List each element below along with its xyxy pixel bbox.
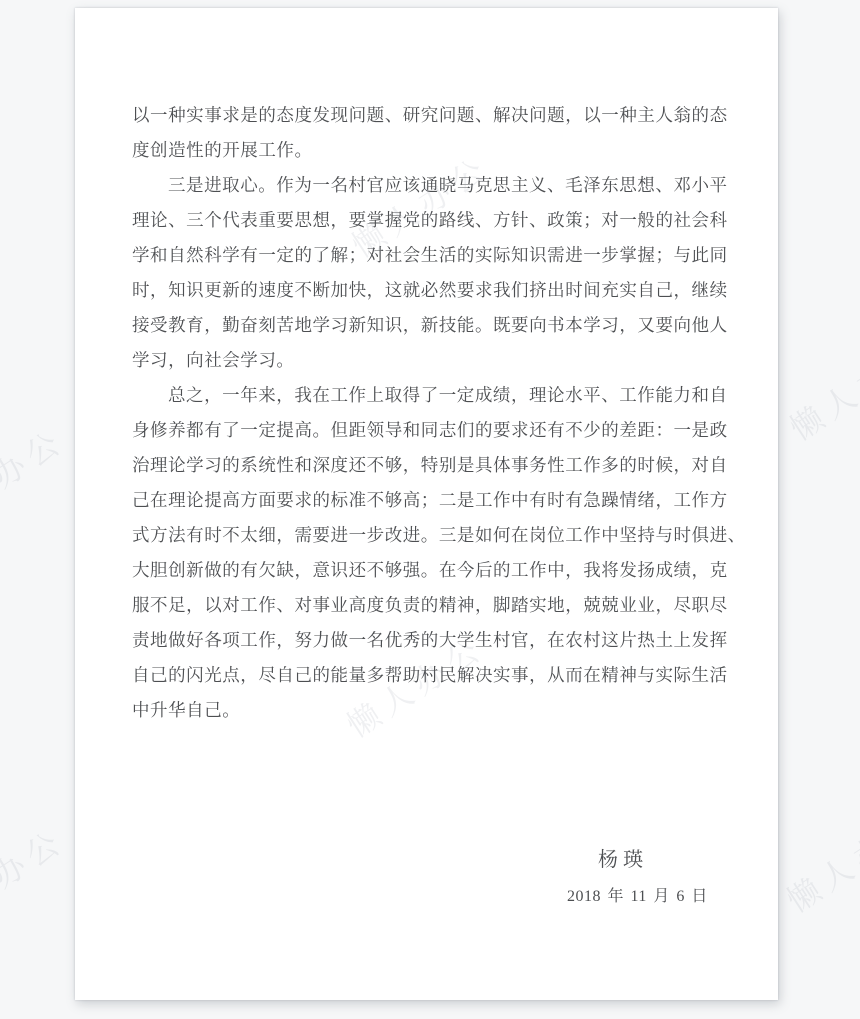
text-line: 大胆创新做的有欠缺，意识还不够强。在今后的工作中，我将发扬成绩，克 xyxy=(132,553,742,588)
paragraph: 三是进取心。作为一名村官应该通晓马克思主义、毛泽东思想、邓小平 理论、三个代表重… xyxy=(132,168,742,378)
text-line: 身修养都有了一定提高。但距领导和同志们的要求还有不少的差距：一是政 xyxy=(132,413,742,448)
site-watermark: 懒人办公 xyxy=(780,326,860,450)
text-line: 时，知识更新的速度不断加快，这就必然要求我们挤出时间充实自己，继续 xyxy=(132,273,742,308)
paragraph: 总之，一年来，我在工作上取得了一定成绩，理论水平、工作能力和自 身修养都有了一定… xyxy=(132,378,742,728)
text-line: 学习，向社会学习。 xyxy=(132,343,742,378)
paragraph: 以一种实事求是的态度发现问题、研究问题、解决问题，以一种主人翁的态 度创造性的开… xyxy=(132,98,742,168)
text-line: 总之，一年来，我在工作上取得了一定成绩，理论水平、工作能力和自 xyxy=(132,378,742,413)
text-line: 学和自然科学有一定的了解；对社会生活的实际知识需进一步掌握；与此同 xyxy=(132,238,742,273)
document-page: 以一种实事求是的态度发现问题、研究问题、解决问题，以一种主人翁的态 度创造性的开… xyxy=(75,8,778,1000)
signature-name: 杨瑛 xyxy=(598,843,648,872)
signature-date: 2018 年 11 月 6 日 xyxy=(567,883,708,906)
text-line: 服不足，以对工作、对事业高度负责的精神，脚踏实地，兢兢业业，尽职尽 xyxy=(132,588,742,623)
text-line: 中升华自己。 xyxy=(132,693,742,728)
text-line: 理论、三个代表重要思想，要掌握党的路线、方针、政策；对一般的社会科 xyxy=(132,203,742,238)
text-line: 己在理论提高方面要求的标准不够高；二是工作中有时有急躁情绪，工作方 xyxy=(132,483,742,518)
text-line: 责地做好各项工作，努力做一名优秀的大学生村官，在农村这片热土上发挥 xyxy=(132,623,742,658)
text-line: 接受教育，勤奋刻苦地学习新知识，新技能。既要向书本学习，又要向他人 xyxy=(132,308,742,343)
text-line: 三是进取心。作为一名村官应该通晓马克思主义、毛泽东思想、邓小平 xyxy=(132,168,742,203)
site-watermark: 懒人办公 xyxy=(777,798,860,922)
text-line: 治理论学习的系统性和深度还不够，特别是具体事务性工作多的时候，对自 xyxy=(132,448,742,483)
text-line: 自己的闪光点，尽自己的能量多帮助村民解决实事，从而在精神与实际生活 xyxy=(132,658,742,693)
text-line: 度创造性的开展工作。 xyxy=(132,133,742,168)
site-watermark: 懒人办公 xyxy=(0,816,73,940)
document-body: 以一种实事求是的态度发现问题、研究问题、解决问题，以一种主人翁的态 度创造性的开… xyxy=(132,98,742,728)
site-watermark: 懒人办公 xyxy=(0,416,73,540)
text-line: 式方法有时不太细，需要进一步改进。三是如何在岗位工作中坚持与时俱进、 xyxy=(132,518,742,553)
text-line: 以一种实事求是的态度发现问题、研究问题、解决问题，以一种主人翁的态 xyxy=(132,98,742,133)
